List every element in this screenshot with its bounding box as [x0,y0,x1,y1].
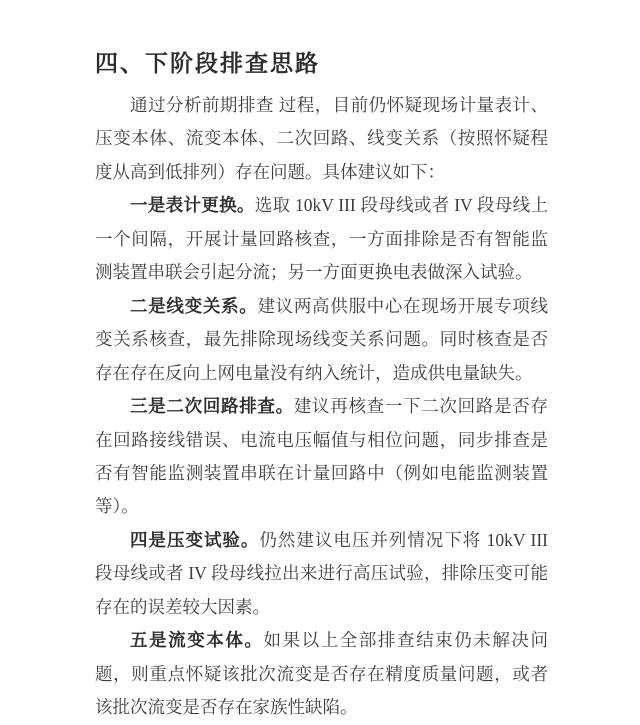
paragraph-lead: 一是表计更换。 [130,195,255,215]
paragraph-item-1: 一是表计更换。选取 10kV III 段母线或者 IV 段母线上一个间隔，开展计… [95,189,548,289]
paragraph-item-3: 三是二次回路排查。建议再核查一下二次回路是否存在回路接线错误、电流电压幅值与相位… [95,390,548,524]
section-heading: 四、下阶段排查思路 [95,48,548,78]
paragraph-item-2: 二是线变关系。建议两高供服中心在现场开展专项线变关系核查，最先排除现场线变关系问… [95,290,548,390]
paragraph-lead: 四是压变试验。 [130,530,259,550]
paragraph-lead: 五是流变本体。 [130,630,264,650]
paragraph-lead: 三是二次回路排查。 [130,396,294,416]
paragraph-item-5: 五是流变本体。如果以上全部排查结束仍未解决问题，则重点怀疑该批次流变是否存在精度… [95,624,548,724]
paragraph-item-4: 四是压变试验。仍然建议电压并列情况下将 10kV III 段母线或者 IV 段母… [95,524,548,624]
document-page: 四、下阶段排查思路 通过分析前期排查 过程，目前仍怀疑现场计量表计、压变本体、流… [0,0,640,725]
intro-paragraph: 通过分析前期排查 过程，目前仍怀疑现场计量表计、压变本体、流变本体、二次回路、线… [95,89,548,189]
paragraph-lead: 二是线变关系。 [130,296,257,316]
